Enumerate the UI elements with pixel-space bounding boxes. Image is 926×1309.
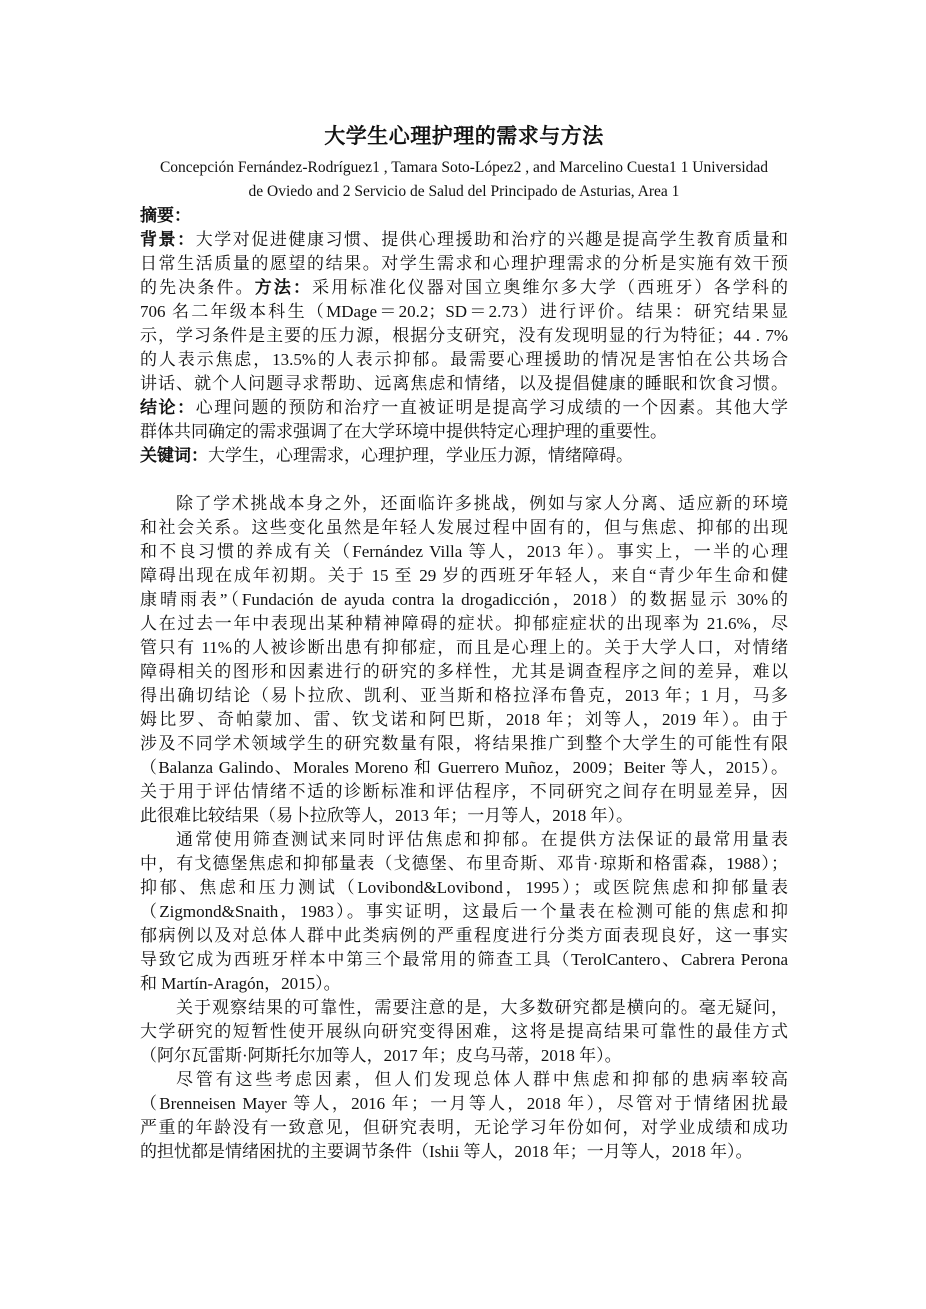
paragraph-line: 和 Martín-Aragón，2015）。 <box>140 972 788 996</box>
paragraph-line: 康晴雨表”（Fundación de ayuda contra la droga… <box>140 588 788 612</box>
paragraph-line: （阿尔瓦雷斯·阿斯托尔加等人，2017 年；皮乌马蒂，2018 年）。 <box>140 1044 788 1068</box>
paragraph-line: 中，有戈德堡焦虑和抑郁量表（戈德堡、布里奇斯、邓肯·琼斯和格雷森，1988）； <box>140 852 788 876</box>
paragraph-line: 尽管有这些考虑因素，但人们发现总体人群中焦虑和抑郁的患病率较高 <box>140 1068 788 1092</box>
paragraph-line: 和社会关系。这些变化虽然是年轻人发展过程中固有的，但与焦虑、抑郁的出现 <box>140 516 788 540</box>
paragraph-line: （Brenneisen Mayer 等人，2016 年；一月等人，2018 年）… <box>140 1092 788 1116</box>
conclusion-label: 结论： <box>140 398 196 418</box>
paragraph-line: 关于观察结果的可靠性，需要注意的是，大多数研究都是横向的。毫无疑问， <box>140 996 788 1020</box>
paragraph-line: 障碍出现在成年初期。关于 15 至 29 岁的西班牙年轻人，来自“青少年生命和健 <box>140 564 788 588</box>
paragraph-line: （Balanza Galindo、Morales Moreno 和 Guerre… <box>140 756 788 780</box>
paragraph-line: 涉及不同学术领域学生的研究数量有限，将结果推广到整个大学生的可能性有限 <box>140 732 788 756</box>
keywords: 大学生，心理需求，心理护理，学业压力源，情绪障碍。 <box>208 446 633 465</box>
abstract-line: 讲话、就个人问题寻求帮助、远离焦虑和情绪，以及提倡健康的睡眠和饮食习惯。 <box>140 372 788 396</box>
keywords-label: 关键词： <box>140 446 208 466</box>
body-text: 除了学术挑战本身之外，还面临许多挑战，例如与家人分离、适应新的环境和社会关系。这… <box>140 492 788 1164</box>
paragraph-line: 大学研究的短暂性使开展纵向研究变得困难，这将是提高结果可靠性的最佳方式 <box>140 1020 788 1044</box>
paragraph-line: 和不良习惯的养成有关（Fernández Villa 等人，2013 年）。事实… <box>140 540 788 564</box>
paragraph-line: 的担忧都是情绪困扰的主要调节条件（Ishii 等人，2018 年；一月等人，20… <box>140 1140 788 1164</box>
paragraph: 关于观察结果的可靠性，需要注意的是，大多数研究都是横向的。毫无疑问，大学研究的短… <box>140 996 788 1068</box>
abstract-line: 706 名二年级本科生（MDage＝20.2；SD＝2.73）进行评价。结果：研… <box>140 300 788 324</box>
abstract-line: 日常生活质量的愿望的结果。对学生需求和心理护理需求的分析是实施有效干预 <box>140 252 788 276</box>
spacer <box>140 468 788 492</box>
abstract-heading: 摘要： <box>140 204 788 228</box>
keywords-line: 关键词：大学生，心理需求，心理护理，学业压力源，情绪障碍。 <box>140 444 788 468</box>
abstract-line: 的人表示焦虑，13.5%的人表示抑郁。最需要心理援助的情况是害怕在公共场合 <box>140 348 788 372</box>
paragraph-line: 除了学术挑战本身之外，还面临许多挑战，例如与家人分离、适应新的环境 <box>140 492 788 516</box>
author-line-1: Concepción Fernández-Rodríguez1 , Tamara… <box>140 156 788 180</box>
abstract-line: 群体共同确定的需求强调了在大学环境中提供特定心理护理的重要性。 <box>140 420 788 444</box>
abstract: 摘要： 背景：大学对促进健康习惯、提供心理援助和治疗的兴趣是提高学生教育质量和 … <box>140 204 788 468</box>
author-line-2: de Oviedo and 2 Servicio de Salud del Pr… <box>140 180 788 204</box>
paragraph-line: 障碍相关的图形和因素进行的研究的多样性，尤其是调查程序之间的差异，难以 <box>140 660 788 684</box>
paragraph-line: 导致它成为西班牙样本中第三个最常用的筛查工具（TerolCantero、Cabr… <box>140 948 788 972</box>
methods-label: 方法： <box>255 278 312 298</box>
abstract-line: 示，学习条件是主要的压力源，根据分支研究，没有发现明显的行为特征；44 . 7% <box>140 324 788 348</box>
paragraph-line: 严重的年龄没有一致意见，但研究表明，无论学习年份如何，对学业成绩和成功 <box>140 1116 788 1140</box>
paragraph-line: 得出确切结论（易卜拉欣、凯利、亚当斯和格拉泽布鲁克，2013 年；1 月，马多 <box>140 684 788 708</box>
paragraph-line: 抑郁、焦虑和压力测试（Lovibond&Lovibond，1995）；或医院焦虑… <box>140 876 788 900</box>
paragraph: 尽管有这些考虑因素，但人们发现总体人群中焦虑和抑郁的患病率较高（Brenneis… <box>140 1068 788 1164</box>
paragraph-line: 此很难比较结果（易卜拉欣等人，2013 年；一月等人，2018 年）。 <box>140 804 788 828</box>
paragraph-line: 郁病例以及对总体人群中此类病例的严重程度进行分类方面表现良好，这一事实 <box>140 924 788 948</box>
abstract-line: 的先决条件。方法：采用标准化仪器对国立奥维尔多大学（西班牙）各学科的 <box>140 276 788 300</box>
paragraph-line: 人在过去一年中表现出某种精神障碍的症状。抑郁症症状的出现率为 21.6%，尽 <box>140 612 788 636</box>
paragraph-line: 关于用于评估情绪不适的诊断标准和评估程序，不同研究之间存在明显差异，因 <box>140 780 788 804</box>
paper-title: 大学生心理护理的需求与方法 <box>140 120 788 156</box>
paragraph: 除了学术挑战本身之外，还面临许多挑战，例如与家人分离、适应新的环境和社会关系。这… <box>140 492 788 828</box>
abstract-line: 背景：大学对促进健康习惯、提供心理援助和治疗的兴趣是提高学生教育质量和 <box>140 228 788 252</box>
abstract-line: 结论：心理问题的预防和治疗一直被证明是提高学习成绩的一个因素。其他大学 <box>140 396 788 420</box>
paragraph-line: 通常使用筛查测试来同时评估焦虑和抑郁。在提供方法保证的最常用量表 <box>140 828 788 852</box>
paragraph-line: 姆比罗、奇帕蒙加、雷、钦戈诺和阿巴斯，2018 年；刘等人，2019 年）。由于 <box>140 708 788 732</box>
background-label: 背景： <box>140 230 196 250</box>
paragraph-line: 管只有 11%的人被诊断出患有抑郁症，而且是心理上的。关于大学人口，对情绪 <box>140 636 788 660</box>
paragraph-line: （Zigmond&Snaith，1983）。事实证明，这最后一个量表在检测可能的… <box>140 900 788 924</box>
paragraph: 通常使用筛查测试来同时评估焦虑和抑郁。在提供方法保证的最常用量表中，有戈德堡焦虑… <box>140 828 788 996</box>
document-page: 大学生心理护理的需求与方法 Concepción Fernández-Rodrí… <box>140 120 788 1164</box>
